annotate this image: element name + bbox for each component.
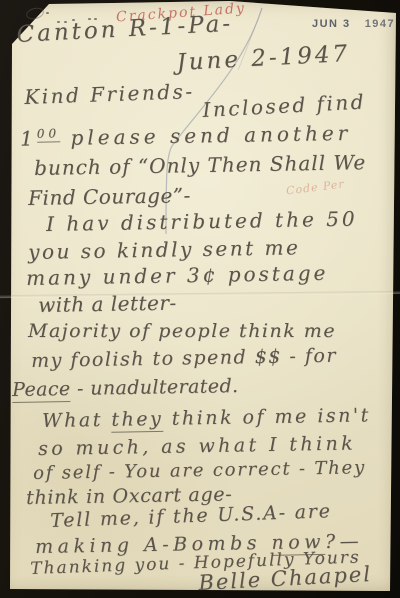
- red-annotation-side: Code Per: [285, 177, 345, 197]
- handwriting-line: I hav distributed the 50: [46, 209, 358, 234]
- date-stamp-month-day: JUN 3: [312, 18, 351, 30]
- handwriting-line: Kind Friends-: [24, 81, 195, 107]
- handwriting-line: What they think of me isn't: [42, 406, 371, 431]
- handwriting-line: Canton R-1-Pa-: [16, 13, 234, 47]
- handwriting-line: Inclosed find: [202, 91, 366, 120]
- handwriting-line: June 2-1947: [176, 43, 351, 75]
- handwriting-line: Majority of people think me: [28, 322, 336, 341]
- handwriting-line: Find Courage”-: [28, 185, 191, 208]
- letter-content: Crackpot Lady Code Per JUN 31947 Canton …: [0, 0, 400, 598]
- handwriting-line: so much, as what I think: [38, 434, 356, 459]
- date-stamp-year: 1947: [365, 18, 395, 30]
- handwriting-line: my foolish to spend $$ - for: [31, 347, 337, 371]
- handwriting-line: 100 please send another: [20, 122, 351, 148]
- pencil-doodle: [25, 6, 45, 21]
- handwriting-line: Peace - unadulterated.: [12, 377, 239, 400]
- handwriting-line: with a letter-: [38, 293, 177, 315]
- date-stamp: JUN 31947: [312, 18, 395, 30]
- handwriting-line: you so kindly sent me: [28, 237, 300, 262]
- handwriting-line: bunch of “Only Then Shall We: [34, 152, 366, 178]
- pencil-dot: [46, 12, 49, 14]
- letter-scan: Crackpot Lady Code Per JUN 31947 Canton …: [0, 0, 400, 598]
- handwriting-line: of self - You are correct - They: [33, 459, 366, 483]
- handwriting-line: many under 3¢ postage: [26, 263, 329, 288]
